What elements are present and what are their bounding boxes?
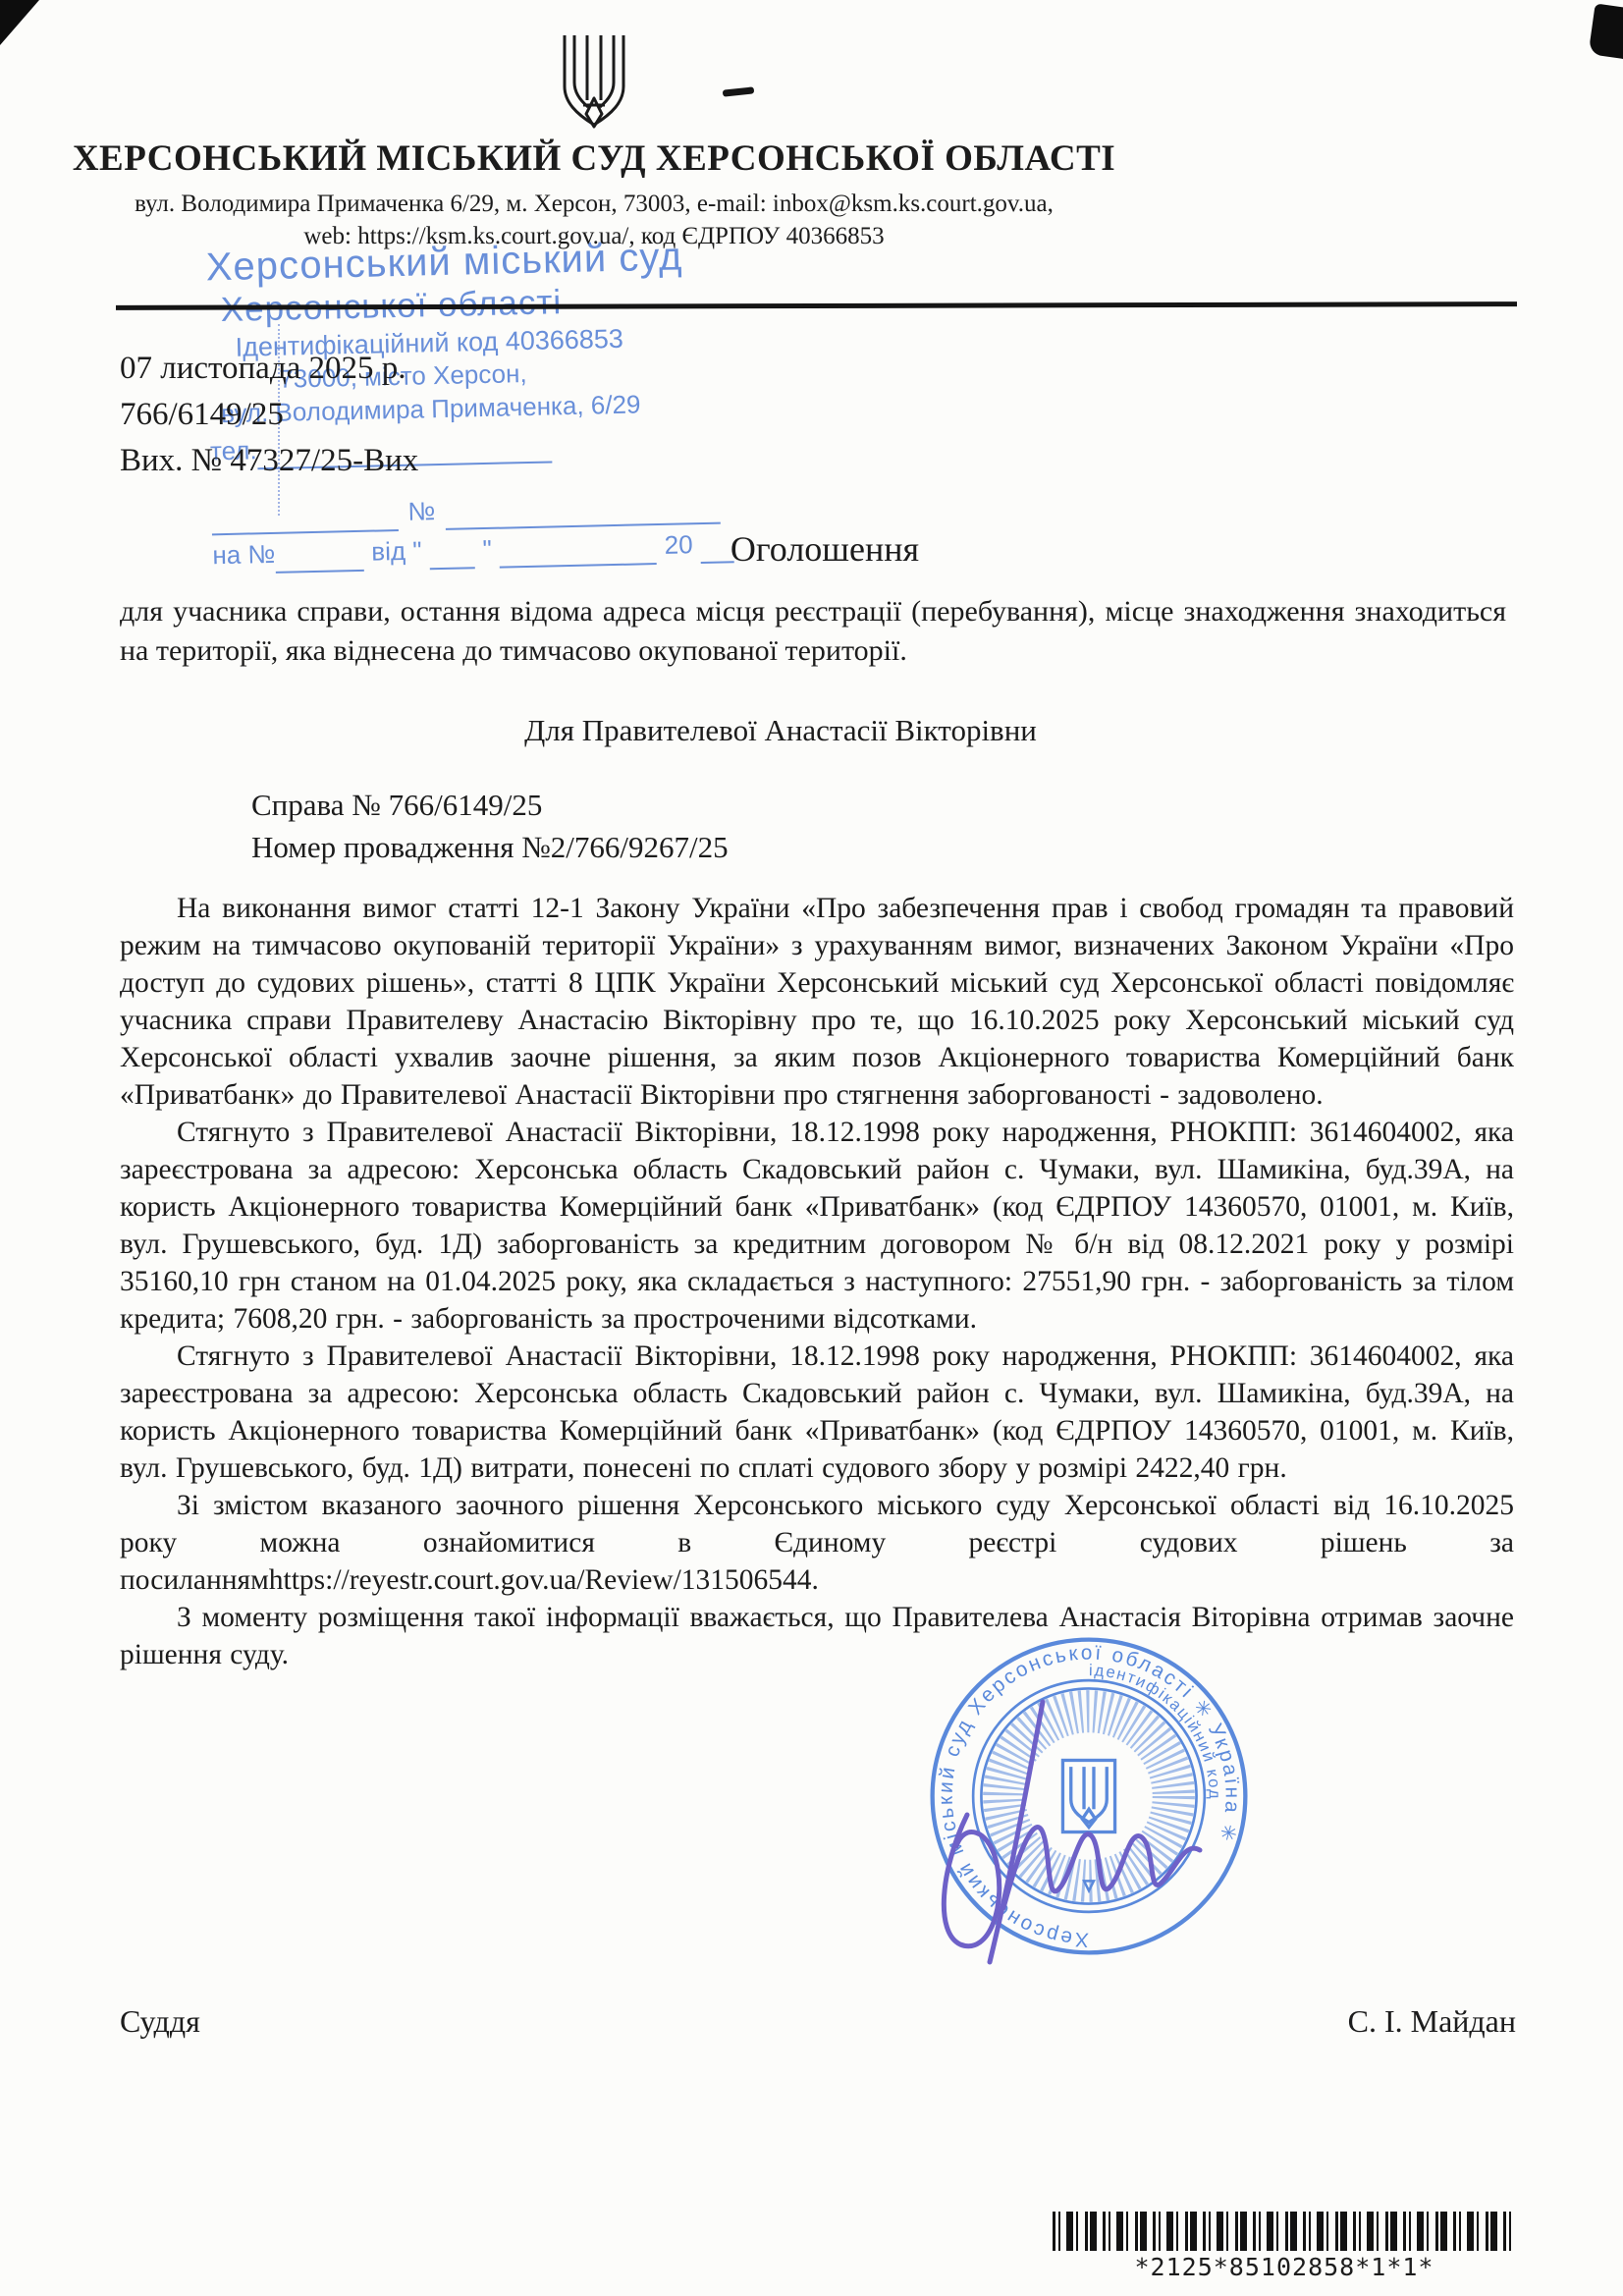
judge-role-label: Суддя bbox=[120, 2003, 200, 2040]
judge-signature bbox=[913, 1658, 1276, 1992]
letterhead: ХЕРСОНСЬКИЙ МІСЬКИЙ СУД ХЕРСОНСЬКОЇ ОБЛА… bbox=[0, 33, 1188, 252]
case-info-block: Справа № 766/6149/25 Номер провадження №… bbox=[251, 784, 729, 868]
proceeding-line: Номер провадження №2/766/9267/25 bbox=[251, 826, 729, 868]
scan-artifact-top-right bbox=[1589, 3, 1623, 59]
paragraph: Стягнуто з Правителевої Анастасії Віктор… bbox=[120, 1114, 1514, 1338]
court-address-line2: web: https://ksm.ks.court.gov.ua/, код Є… bbox=[0, 220, 1188, 252]
court-name: ХЕРСОНСЬКИЙ МІСЬКИЙ СУД ХЕРСОНСЬКОЇ ОБЛА… bbox=[0, 137, 1188, 180]
body-text: На виконання вимог статті 12-1 Закону Ук… bbox=[120, 890, 1514, 1673]
scanned-court-letter: ХЕРСОНСЬКИЙ МІСЬКИЙ СУД ХЕРСОНСЬКОЇ ОБЛА… bbox=[0, 0, 1623, 2296]
court-address-line1: вул. Володимира Примаченка 6/29, м. Херс… bbox=[0, 188, 1188, 220]
document-date: 07 листопада 2025 р. bbox=[120, 346, 418, 392]
document-title: Оголошення bbox=[0, 528, 1623, 570]
reference-block: 07 листопада 2025 р. 766/6149/25 Вих. № … bbox=[120, 346, 418, 484]
paragraph: З моменту розміщення такої інформації вв… bbox=[120, 1599, 1514, 1673]
signature-row: Суддя С. І. Майдан bbox=[120, 2003, 1516, 2040]
ukraine-trident-icon bbox=[555, 33, 633, 132]
case-number: 766/6149/25 bbox=[120, 392, 418, 438]
barcode bbox=[1053, 2212, 1516, 2251]
barcode-text: *2125*85102858*1*1* bbox=[1053, 2253, 1516, 2281]
judge-name: С. І. Майдан bbox=[1348, 2003, 1516, 2040]
paragraph: Зі змістом вказаного заочного рішення Хе… bbox=[120, 1487, 1514, 1599]
stamp-no-label: № bbox=[398, 491, 446, 531]
intro-paragraph: для учасника справи, остання відома адре… bbox=[120, 592, 1506, 671]
addressee-line: Для Правителевої Анастасії Вікторівни bbox=[0, 713, 1561, 748]
outgoing-number: Вих. № 47327/25-Вих bbox=[120, 438, 418, 484]
paragraph: Стягнуто з Правителевої Анастасії Віктор… bbox=[120, 1338, 1514, 1487]
paragraph: На виконання вимог статті 12-1 Закону Ук… bbox=[120, 890, 1514, 1114]
case-line: Справа № 766/6149/25 bbox=[251, 784, 729, 826]
